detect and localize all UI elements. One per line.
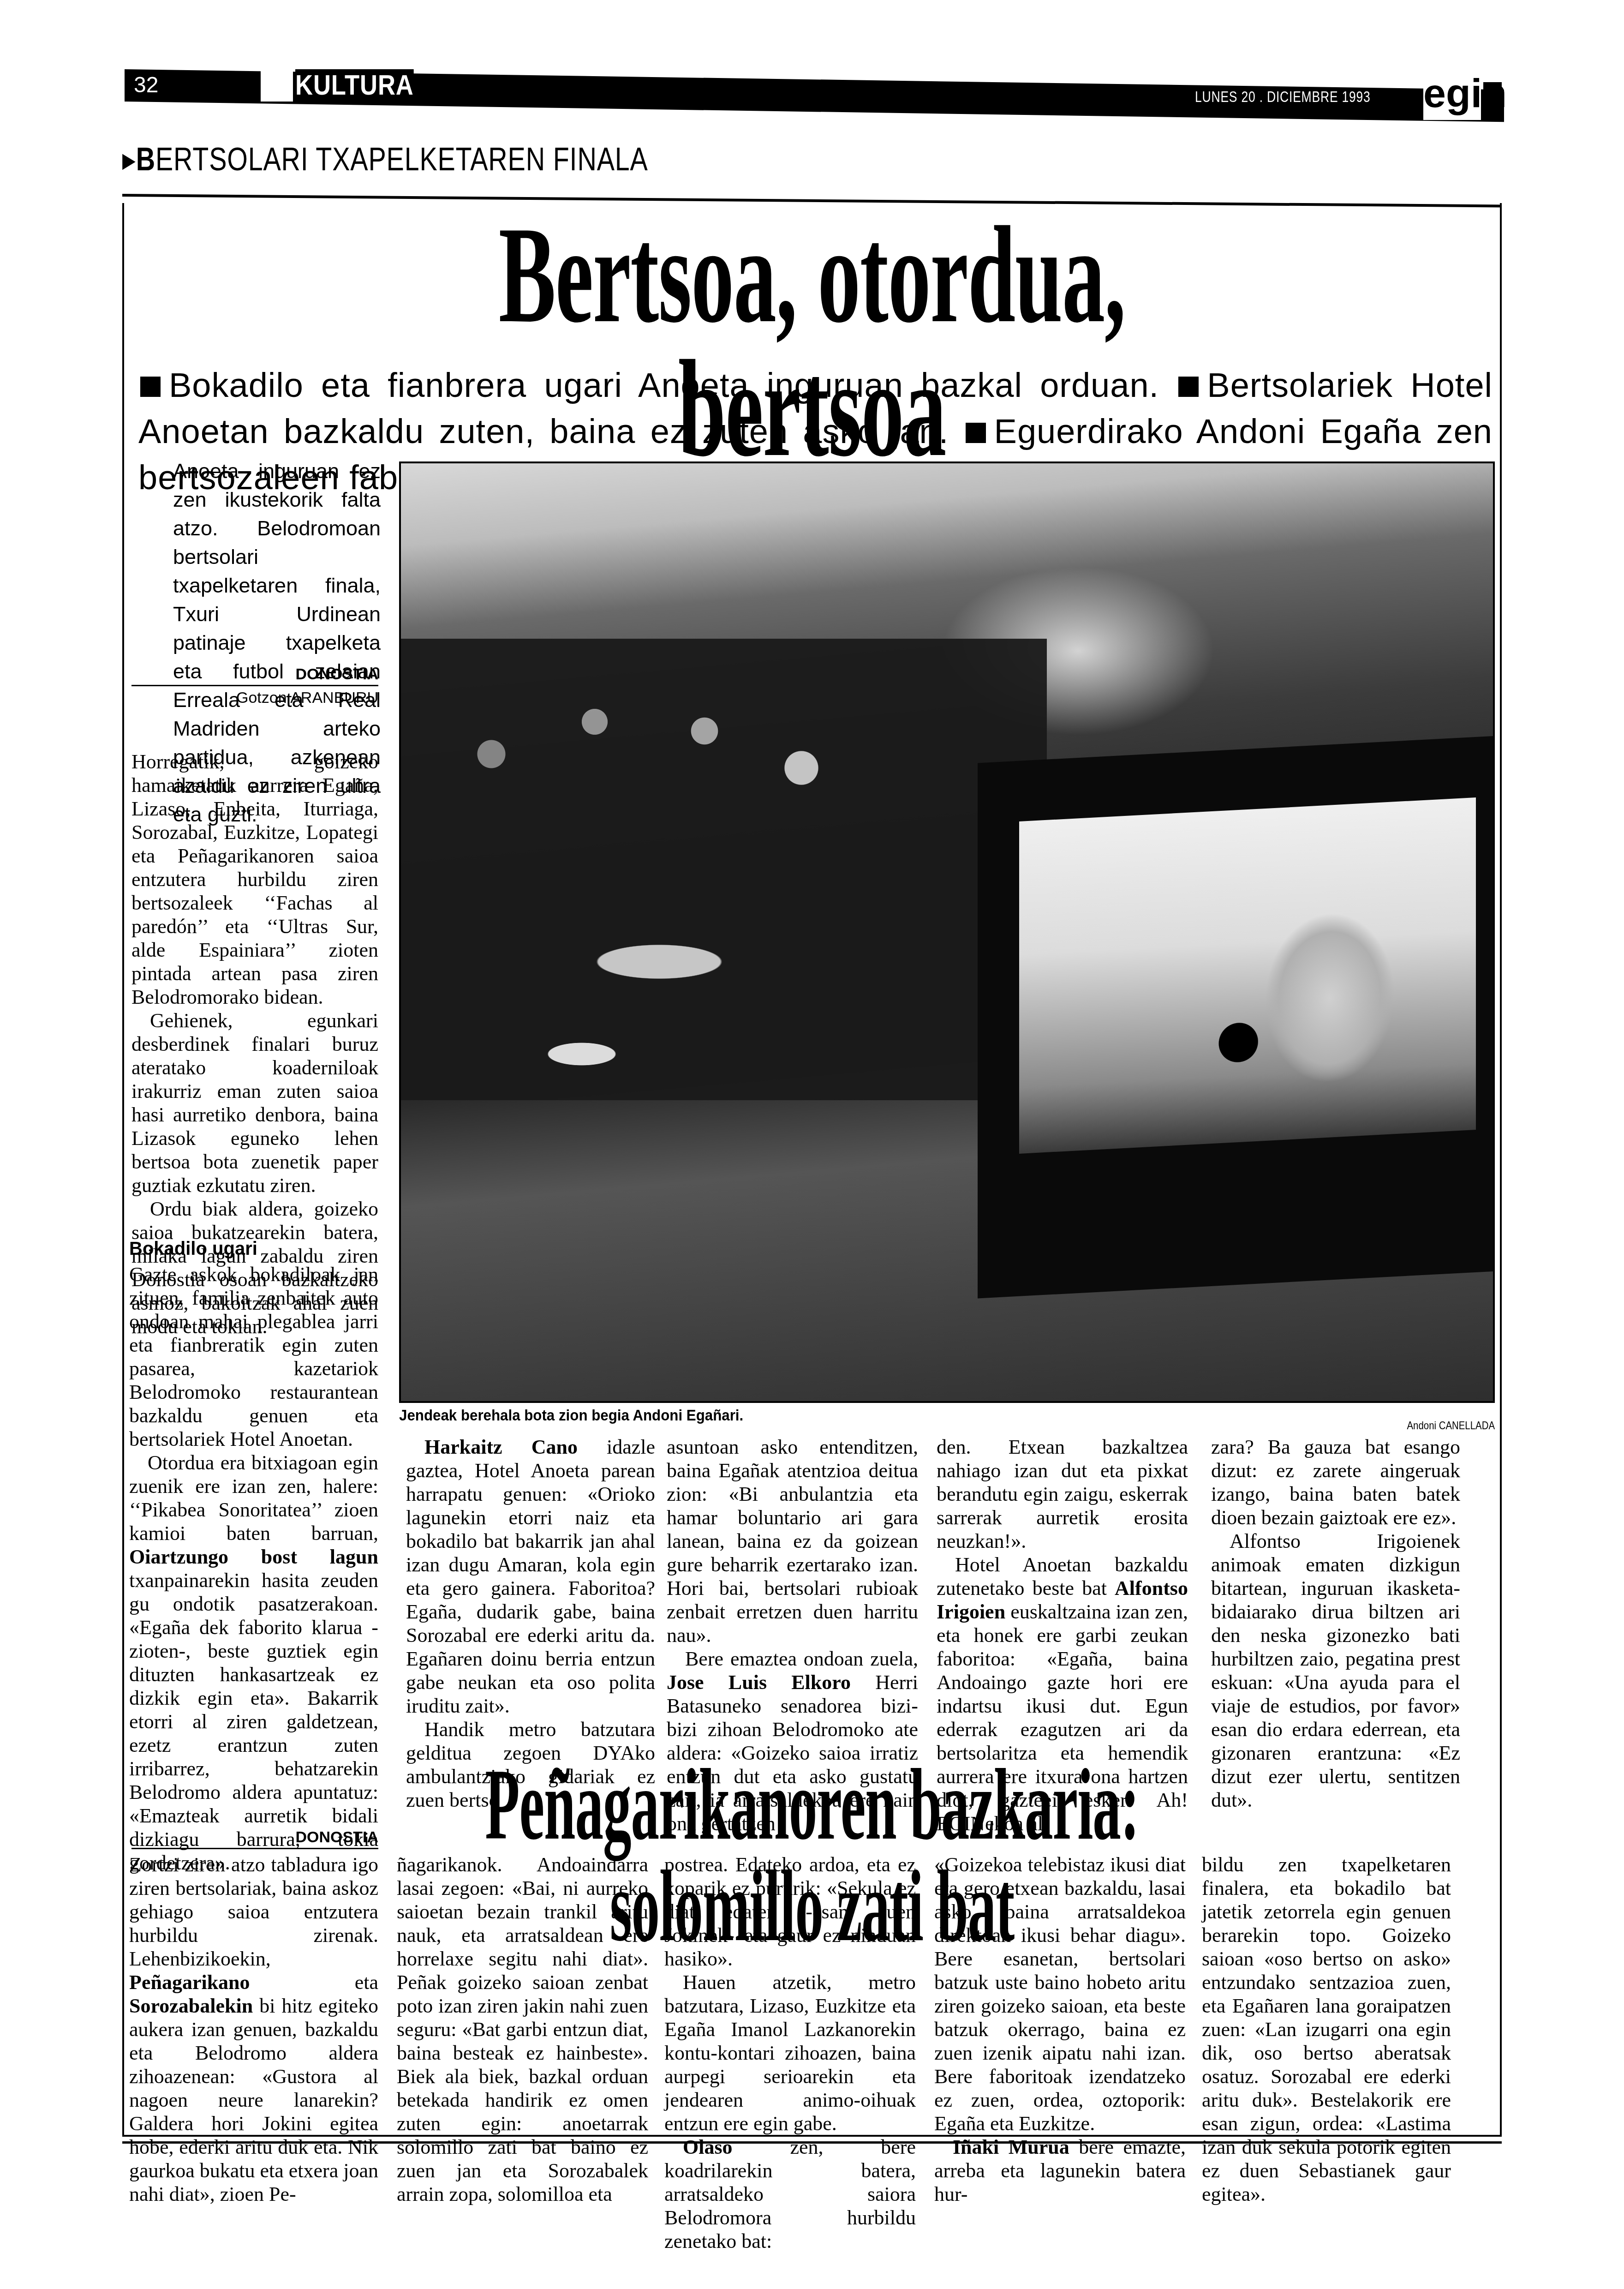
bullet-square-icon [1178,377,1199,397]
bold-name: Peñagarikano [129,1971,250,1994]
author-name: Gotzon ARANBURU [131,688,378,707]
dateline-city: DONOSTIA [131,665,378,684]
paragraph: Gazte askok bokadiloak jan zituen, famil… [129,1263,378,1451]
text-run: Zortzi ziren atzo tabladura igo ziren be… [129,1853,378,1970]
paragraph: Zortzi ziren atzo tabladura igo ziren be… [129,1853,378,2206]
photo-crowd [401,639,1047,1100]
photo-tv-screen [1019,797,1476,1154]
paragraph: Hauen atzetik, metro batzutara, Lizaso, … [664,1971,916,2135]
kicker-text: ERTSOLARI TXAPELKETAREN FINALA [155,141,648,177]
bold-name: Oiartzungo bost lagun [129,1546,378,1568]
paragraph: asuntoan asko entenditzen, baina Egañak … [667,1435,918,1647]
paragraph: Harkaitz Cano idazle gaztea, Hotel Anoet… [406,1435,655,1718]
paragraph: bildu zen txapelketaren finalera, eta bo… [1202,1853,1451,2206]
header-end-block [1483,82,1502,114]
page-number: 32 [134,69,158,102]
byline-2: DONOSTIA [131,1828,378,1851]
subheading: Bokadilo ugari [129,1237,378,1261]
paragraph: zara? Ba gauza bat esango dizut: ez zare… [1211,1435,1460,1529]
paragraph: den. Etxean bazkaltzea nahiago izan dut … [937,1435,1188,1553]
kicker-initial: B [136,141,155,177]
text-run: Otordua era bitxiagoan egin zuenik ere i… [129,1451,378,1545]
kicker-arrow-icon: ▸ [122,141,136,177]
article2-column-2: ñagarikanok. Andoaindarra lasai zegoen: … [397,1853,648,2206]
text-run: Bere emaztea ondoan zuela, [685,1648,918,1670]
section-name: KULTURA [295,69,414,102]
paragraph: postrea. Edateko ardoa, eta ez koparik e… [664,1853,916,1971]
paragraph: Alfontso Irigoienek animoak ematen dizki… [1211,1529,1460,1812]
bold-name: Iñaki Murua [953,2136,1069,2158]
photo-caption: Jendeak berehala bota zion begia Andoni … [399,1405,743,1426]
paragraph: Gehienek, egunkari desberdinek finalari … [131,1009,378,1197]
article2-column-3: postrea. Edateko ardoa, eta ez koparik e… [664,1853,916,2253]
deck-item: Bokadilo eta fianbrera ugari Anoeta ingu… [169,366,1159,404]
newspaper-logo: egin [1423,74,1481,120]
paragraph: ñagarikanok. Andoaindarra lasai zegoen: … [397,1853,648,2206]
byline-rule [131,685,378,686]
article2-column-4: «Goizekoa telebistaz ikusi diat eta gero… [934,1853,1186,2206]
article2-column-1: Zortzi ziren atzo tabladura igo ziren be… [129,1853,378,2206]
dateline-city: DONOSTIA [131,1828,378,1847]
bold-name: Harkaitz Cano [424,1436,578,1458]
text-run: eta [250,1971,378,1994]
bold-name: Jose Luis Elkoro [667,1671,851,1694]
byline-rule [131,1848,378,1849]
text-run: bi hitz egiteko aukera izan genuen, bazk… [129,1995,378,2205]
bottom-rule [122,2141,1502,2144]
bullet-square-icon [966,423,986,443]
paragraph: Otordua era bitxiagoan egin zuenik ere i… [129,1451,378,1875]
article2-column-5: bildu zen txapelketaren finalera, eta bo… [1202,1853,1451,2206]
photo-credit: Andoni CANELLADA [1377,1419,1495,1433]
header-gap [261,69,293,102]
paragraph: Olaso zen, bere koadrilarekin batera, ar… [664,2135,916,2253]
paragraph: Iñaki Murua bere emazte, arreba eta lagu… [934,2135,1186,2206]
body-column-1b: Bokadilo ugari Gazte askok bokadiloak ja… [129,1237,378,1875]
bold-name: Sorozabalekin [129,1995,253,2017]
paragraph: Horregatik, goizeko hamaiketatik aurrera… [131,750,378,1009]
issue-date: LUNES 20 . DICIEMBRE 1993 [1195,83,1371,111]
bullet-square-icon [140,377,161,397]
byline: DONOSTIA Gotzon ARANBURU [131,665,378,707]
bold-name: Olaso [683,2136,733,2158]
paragraph: «Goizekoa telebistaz ikusi diat eta gero… [934,1853,1186,2135]
section-kicker: ▸BERTSOLARI TXAPELKETAREN FINALA [122,138,648,180]
text-run: idazle gaztea, Hotel Anoeta parean harra… [406,1436,655,1717]
body-column-5: zara? Ba gauza bat esango dizut: ez zare… [1211,1435,1460,1812]
article-photo [399,461,1495,1403]
